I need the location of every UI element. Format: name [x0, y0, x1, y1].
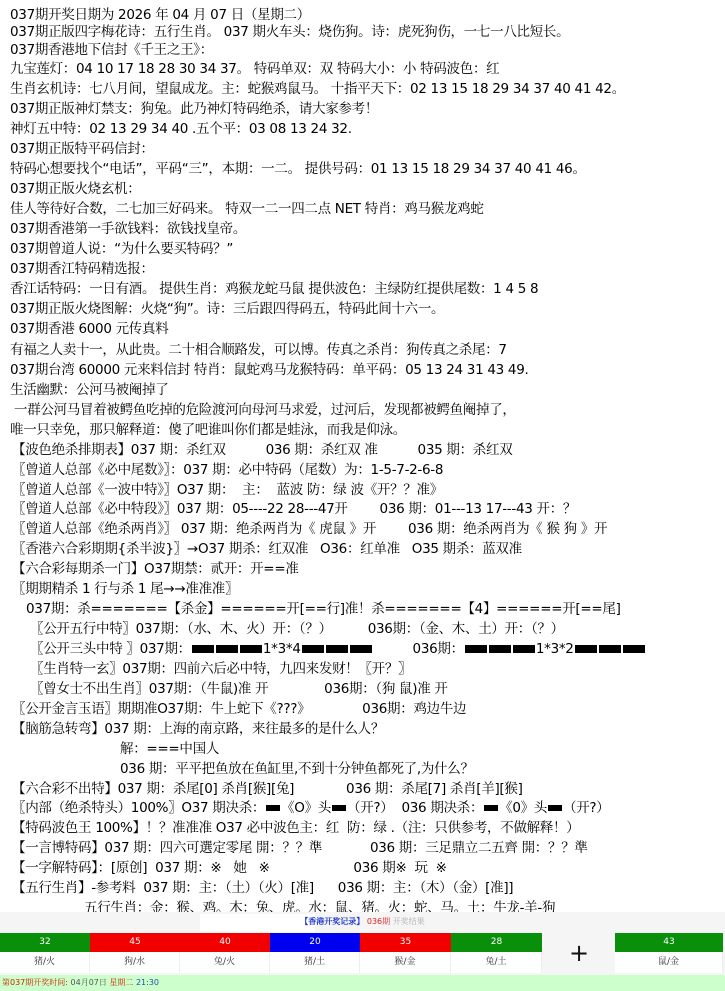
block-bars — [301, 641, 373, 657]
results-title: 【香港开奖记录】 036期 开奖结果 — [0, 914, 725, 930]
text-line: 【六合彩不出特】037 期：杀尾[0] 杀肖[猴][兔] 036 期：杀尾[7]… — [12, 779, 523, 799]
footer-date: 04月07日 — [71, 978, 107, 987]
line-text: 〖曾道人总部《一波中特》〗O37 期： 主： 蓝波 防：绿 波《开？？准》 — [12, 480, 443, 500]
block-bars — [464, 641, 536, 657]
text-line: 037期香港地下信封《千王之王》： — [10, 40, 213, 60]
text-line: 【一字解特码】：[原创] 037 期：※ 她 ※ 036 期※ 玩 ※ — [12, 858, 447, 878]
results-period: 036期 — [367, 917, 390, 926]
text-line: 〖曾道人总部《必中尾数》〗：037 期：必中特码（尾数）为：1-5-7-2-6-… — [12, 460, 443, 480]
text-line: 九宝莲灯：04 10 17 18 28 30 34 37。 特码单双：双 特码大… — [10, 59, 499, 79]
ball-number: 32 — [0, 933, 90, 952]
ball-special: 43 鼠/金 — [615, 933, 723, 973]
block-bars — [547, 800, 563, 816]
text-line: 【脑筋急转弯】037 期：上海的南京路，来往最多的是什么人？ — [12, 719, 384, 739]
text-line: 特码心想要找个“电话”，平码“三”，本期：一二。 提供号码：01 13 15 1… — [10, 159, 586, 179]
line-text: 神灯五中特：02 13 29 34 40 .五个平：03 08 13 24 32… — [10, 119, 352, 139]
text-line: 037期香港第一手欲钱料：欲钱找皇帝。 — [10, 219, 246, 239]
block-bars — [191, 641, 263, 657]
line-text: 037期正版神灯禁支：狗兔。此乃神灯特码绝杀，请大家参考！ — [10, 99, 378, 119]
text-line: 〖曾女士不出生肖〗037期：（牛鼠)准 开 036期：（狗 鼠)准 开 — [30, 679, 448, 699]
text-line: 〖内部（绝杀特头）100%〗O37 期决杀：《O》头（开?） 036 期决杀：《… — [12, 798, 610, 818]
line-text: 037期正版四字梅花诗：五行生肖。 037 期火车头：烧伤狗。诗：虎死狗伤，一七… — [10, 22, 569, 42]
ball-number: 45 — [90, 933, 180, 952]
text-line: 037期正版特平码信封： — [10, 139, 154, 159]
block-bars — [331, 800, 347, 816]
text-line: 037期香江特码精选报： — [10, 259, 154, 279]
line-text: 037期正版火烧图解：火烧“狗”。诗：三后跟四得码五，特码此间十六一。 — [10, 299, 444, 319]
ball-6: 28 兔/土 — [451, 933, 542, 973]
line-text: 〖生肖特一玄〗037期：四前六后必中特，九四来发财！〖开？〗 — [30, 659, 411, 679]
text-line: 生活幽默：公河马被阉掉了 — [10, 380, 168, 400]
line-text: 《O》头 — [281, 798, 331, 818]
block-bars — [574, 641, 646, 657]
line-text: 037期台湾 60000 元来料信封 特肖：鼠蛇鸡马龙猴特码：单平码：05 13… — [10, 360, 529, 380]
ball-number: 40 — [180, 933, 270, 952]
ball-2: 45 狗/水 — [90, 933, 180, 973]
text-line: 〖曾道人总部《一波中特》〗O37 期： 主： 蓝波 防：绿 波《开？？准》 — [12, 480, 443, 500]
line-text: 生活幽默：公河马被阉掉了 — [10, 380, 168, 400]
footer-time: 21:30 — [136, 978, 159, 987]
text-line: 〖生肖特一玄〗037期：四前六后必中特，九四来发财！〖开？〗 — [30, 659, 411, 679]
text-line: 解：===中国人 — [120, 739, 219, 759]
line-text: 解：===中国人 — [120, 739, 219, 759]
results-title-label: 【香港开奖记录】 — [300, 917, 364, 926]
block-bars — [483, 800, 499, 816]
ball-zodiac: 鼠/金 — [615, 952, 723, 973]
line-text: 〖内部（绝杀特头）100%〗O37 期决杀： — [12, 798, 265, 818]
line-text: 【一字解特码】：[原创] 037 期：※ 她 ※ 036 期※ 玩 ※ — [12, 858, 447, 878]
line-text: 〖期期精杀 1 行与杀 1 尾→→准准准〗 — [12, 579, 238, 599]
line-text: 036期： — [373, 639, 464, 659]
line-text: 九宝莲灯：04 10 17 18 28 30 34 37。 特码单双：双 特码大… — [10, 59, 499, 79]
ball-1: 32 猪/火 — [0, 933, 90, 973]
line-text: 037期正版特平码信封： — [10, 139, 154, 159]
text-line: 【一言博特码】037 期：四六可選定零尾 開：？？準 036 期：三足鼎立二五齊… — [12, 838, 588, 858]
ball-3: 40 兔/火 — [180, 933, 270, 973]
text-line: 生肖玄机诗：七八月间，望鼠成龙。主：蛇猴鸡鼠马。 十指平天下：02 13 15 … — [10, 79, 625, 99]
text-line: 〖香港六合彩期期{杀半波}〗→O37 期杀：红双准 O36：红单准 O35 期杀… — [12, 539, 522, 559]
line-text: （开?） 036 期决杀： — [347, 798, 483, 818]
footer-label: 第037期开奖时间: — [2, 978, 68, 987]
ball-5: 35 猴/金 — [360, 933, 451, 973]
footer-weekday: 星期二 — [109, 978, 133, 987]
line-text: 〖曾道人总部《必中特段》〗037 期：05----22 28---47开 036… — [12, 499, 576, 519]
line-text: 〖香港六合彩期期{杀半波}〗→O37 期杀：红双准 O36：红单准 O35 期杀… — [12, 539, 522, 559]
ball-number: 20 — [270, 933, 360, 952]
text-line: 037期正版四字梅花诗：五行生肖。 037 期火车头：烧伤狗。诗：虎死狗伤，一七… — [10, 22, 569, 42]
text-line: 【六合彩每期杀一门】O37期禁：贰开：开==准 — [12, 559, 299, 579]
ball-zodiac: 兔/土 — [451, 952, 542, 973]
line-text: （开?） — [563, 798, 609, 818]
line-text: 〖公开金言玉语〗期期准O37期：牛上蛇下《???》 036期：鸡边牛边 — [12, 699, 466, 719]
text-line: 佳人等待好合数，二七加三好码来。 特双一二一四二点 NET 特肖：鸡马猴龙鸡蛇 — [10, 199, 484, 219]
results-balls: 32 猪/火 45 狗/水 40 兔/火 20 猪/土 35 猴/金 28 兔/… — [0, 933, 725, 973]
line-text: 037期香港第一手欲钱料：欲钱找皇帝。 — [10, 219, 246, 239]
ball-4: 20 猪/土 — [270, 933, 360, 973]
line-text: 香江话特码：一日有酒。 提供生肖：鸡猴龙蛇马鼠 提供波色：主绿防红提供尾数：1 … — [10, 279, 538, 299]
line-text: 【六合彩每期杀一门】O37期禁：贰开：开==准 — [12, 559, 299, 579]
text-line: 有福之人卖十一，从此贵。二十相合顺路发，可以博。传真之杀肖：狗传真之杀尾：7 — [10, 340, 507, 360]
line-text: 【脑筋急转弯】037 期：上海的南京路，来往最多的是什么人？ — [12, 719, 384, 739]
text-line: 香江话特码：一日有酒。 提供生肖：鸡猴龙蛇马鼠 提供波色：主绿防红提供尾数：1 … — [10, 279, 538, 299]
text-line: 唯一只幸免，那只解释道：傻了吧谁叫你们都是蛙泳，而我是仰泳。 — [10, 420, 406, 440]
text-line: 【特码波色王 100%】！？准准准 O37 必中波色主：红 防：绿 .（注：只供… — [12, 818, 579, 838]
text-line: 神灯五中特：02 13 29 34 40 .五个平：03 08 13 24 32… — [10, 119, 352, 139]
line-text: 佳人等待好合数，二七加三好码来。 特双一二一四二点 NET 特肖：鸡马猴龙鸡蛇 — [10, 199, 484, 219]
line-text: 《0》头 — [499, 798, 547, 818]
line-text: 〖曾女士不出生肖〗037期：（牛鼠)准 开 036期：（狗 鼠)准 开 — [30, 679, 448, 699]
line-text: 〖曾道人总部《绝杀两肖》〗 037 期：绝杀两肖为《 虎鼠 》开 036 期：绝… — [12, 519, 607, 539]
line-text: 037期香江特码精选报： — [10, 259, 154, 279]
text-line: 037期：杀=======【杀金】======开[==行]准！杀=======【… — [26, 599, 621, 619]
text-line: 037期台湾 60000 元来料信封 特肖：鼠蛇鸡马龙猴特码：单平码：05 13… — [10, 360, 529, 380]
ball-zodiac: 狗/水 — [90, 952, 180, 973]
text-line: 〖曾道人总部《必中特段》〗037 期：05----22 28---47开 036… — [12, 499, 576, 519]
text-line: 037期正版神灯禁支：狗兔。此乃神灯特码绝杀，请大家参考！ — [10, 99, 378, 119]
line-text: 【波色绝杀排期表】037 期：杀红双 036 期：杀红双 准 035 期：杀红双 — [12, 440, 512, 460]
text-line: 〖公开五行中特〗037期：（水、木、火）开：（？） 036期：（金、木、土）开：… — [30, 619, 564, 639]
ball-zodiac: 猴/金 — [360, 952, 451, 973]
line-text: 唯一只幸免，那只解释道：傻了吧谁叫你们都是蛙泳，而我是仰泳。 — [10, 420, 406, 440]
text-line: 037期曾道人说：“为什么要买特码？” — [10, 239, 233, 259]
draw-time-footer: 第037期开奖时间: 04月07日 星期二 21:30 — [0, 975, 725, 991]
ball-number: 28 — [451, 933, 542, 952]
line-text: 1*3*4 — [263, 639, 301, 659]
ball-number: 35 — [360, 933, 451, 952]
line-text: 【六合彩不出特】037 期：杀尾[0] 杀肖[猴][兔] 036 期：杀尾[7]… — [12, 779, 523, 799]
line-text: 037期香港地下信封《千王之王》： — [10, 40, 213, 60]
text-line: 【五行生肖】-参考料 037 期：主：（土）（火）[准] 036 期：主：（木）… — [12, 878, 513, 898]
line-text: 〖曾道人总部《必中尾数》〗：037 期：必中特码（尾数）为：1-5-7-2-6-… — [12, 460, 443, 480]
line-text: 1*3*2 — [536, 639, 574, 659]
line-text: 037期：杀=======【杀金】======开[==行]准！杀=======【… — [26, 599, 621, 619]
line-text: 特码心想要找个“电话”，平码“三”，本期：一二。 提供号码：01 13 15 1… — [10, 159, 586, 179]
ball-number: 43 — [615, 933, 723, 952]
line-text: 037期香港 6000 元传真料 — [10, 319, 168, 339]
text-line: 036 期：平平把鱼放在鱼缸里,不到十分钟鱼都死了,为什么？ — [120, 759, 474, 779]
line-text: 【五行生肖】-参考料 037 期：主：（土）（火）[准] 036 期：主：（木）… — [12, 878, 513, 898]
line-text: 037期曾道人说：“为什么要买特码？” — [10, 239, 233, 259]
text-line: 037期香港 6000 元传真料 — [10, 319, 168, 339]
line-text: 【特码波色王 100%】！？准准准 O37 必中波色主：红 防：绿 .（注：只供… — [12, 818, 579, 838]
line-text: 037期正版火烧玄机： — [10, 179, 140, 199]
text-line: 〖公开金言玉语〗期期准O37期：牛上蛇下《???》 036期：鸡边牛边 — [12, 699, 466, 719]
text-line: 〖期期精杀 1 行与杀 1 尾→→准准准〗 — [12, 579, 238, 599]
line-text: 【一言博特码】037 期：四六可選定零尾 開：？？準 036 期：三足鼎立二五齊… — [12, 838, 588, 858]
plus-icon: + — [542, 933, 616, 973]
ball-zodiac: 兔/火 — [180, 952, 270, 973]
block-bars — [265, 800, 281, 816]
text-line: 一群公河马冒着被鳄鱼吃掉的危险渡河向母河马求爱，过河后，发现都被鳄鱼阉掉了， — [14, 400, 516, 420]
line-text: 有福之人卖十一，从此贵。二十相合顺路发，可以博。传真之杀肖：狗传真之杀尾：7 — [10, 340, 507, 360]
results-suffix: 开奖结果 — [393, 917, 425, 926]
ball-zodiac: 猪/土 — [270, 952, 360, 973]
text-line: 【波色绝杀排期表】037 期：杀红双 036 期：杀红双 准 035 期：杀红双 — [12, 440, 512, 460]
text-line: 037期正版火烧玄机： — [10, 179, 140, 199]
line-text: 036 期：平平把鱼放在鱼缸里,不到十分钟鱼都死了,为什么？ — [120, 759, 474, 779]
line-text: 〖公开三头中特 〗037期： — [30, 639, 191, 659]
line-text: 〖公开五行中特〗037期：（水、木、火）开：（？） 036期：（金、木、土）开：… — [30, 619, 564, 639]
line-text: 一群公河马冒着被鳄鱼吃掉的危险渡河向母河马求爱，过河后，发现都被鳄鱼阉掉了， — [14, 400, 516, 420]
line-text: 生肖玄机诗：七八月间，望鼠成龙。主：蛇猴鸡鼠马。 十指平天下：02 13 15 … — [10, 79, 625, 99]
text-line: 〖曾道人总部《绝杀两肖》〗 037 期：绝杀两肖为《 虎鼠 》开 036 期：绝… — [12, 519, 607, 539]
text-line: 037期正版火烧图解：火烧“狗”。诗：三后跟四得码五，特码此间十六一。 — [10, 299, 444, 319]
text-line: 〖公开三头中特 〗037期：1*3*4 036期：1*3*2 — [30, 639, 646, 659]
ball-zodiac: 猪/火 — [0, 952, 90, 973]
